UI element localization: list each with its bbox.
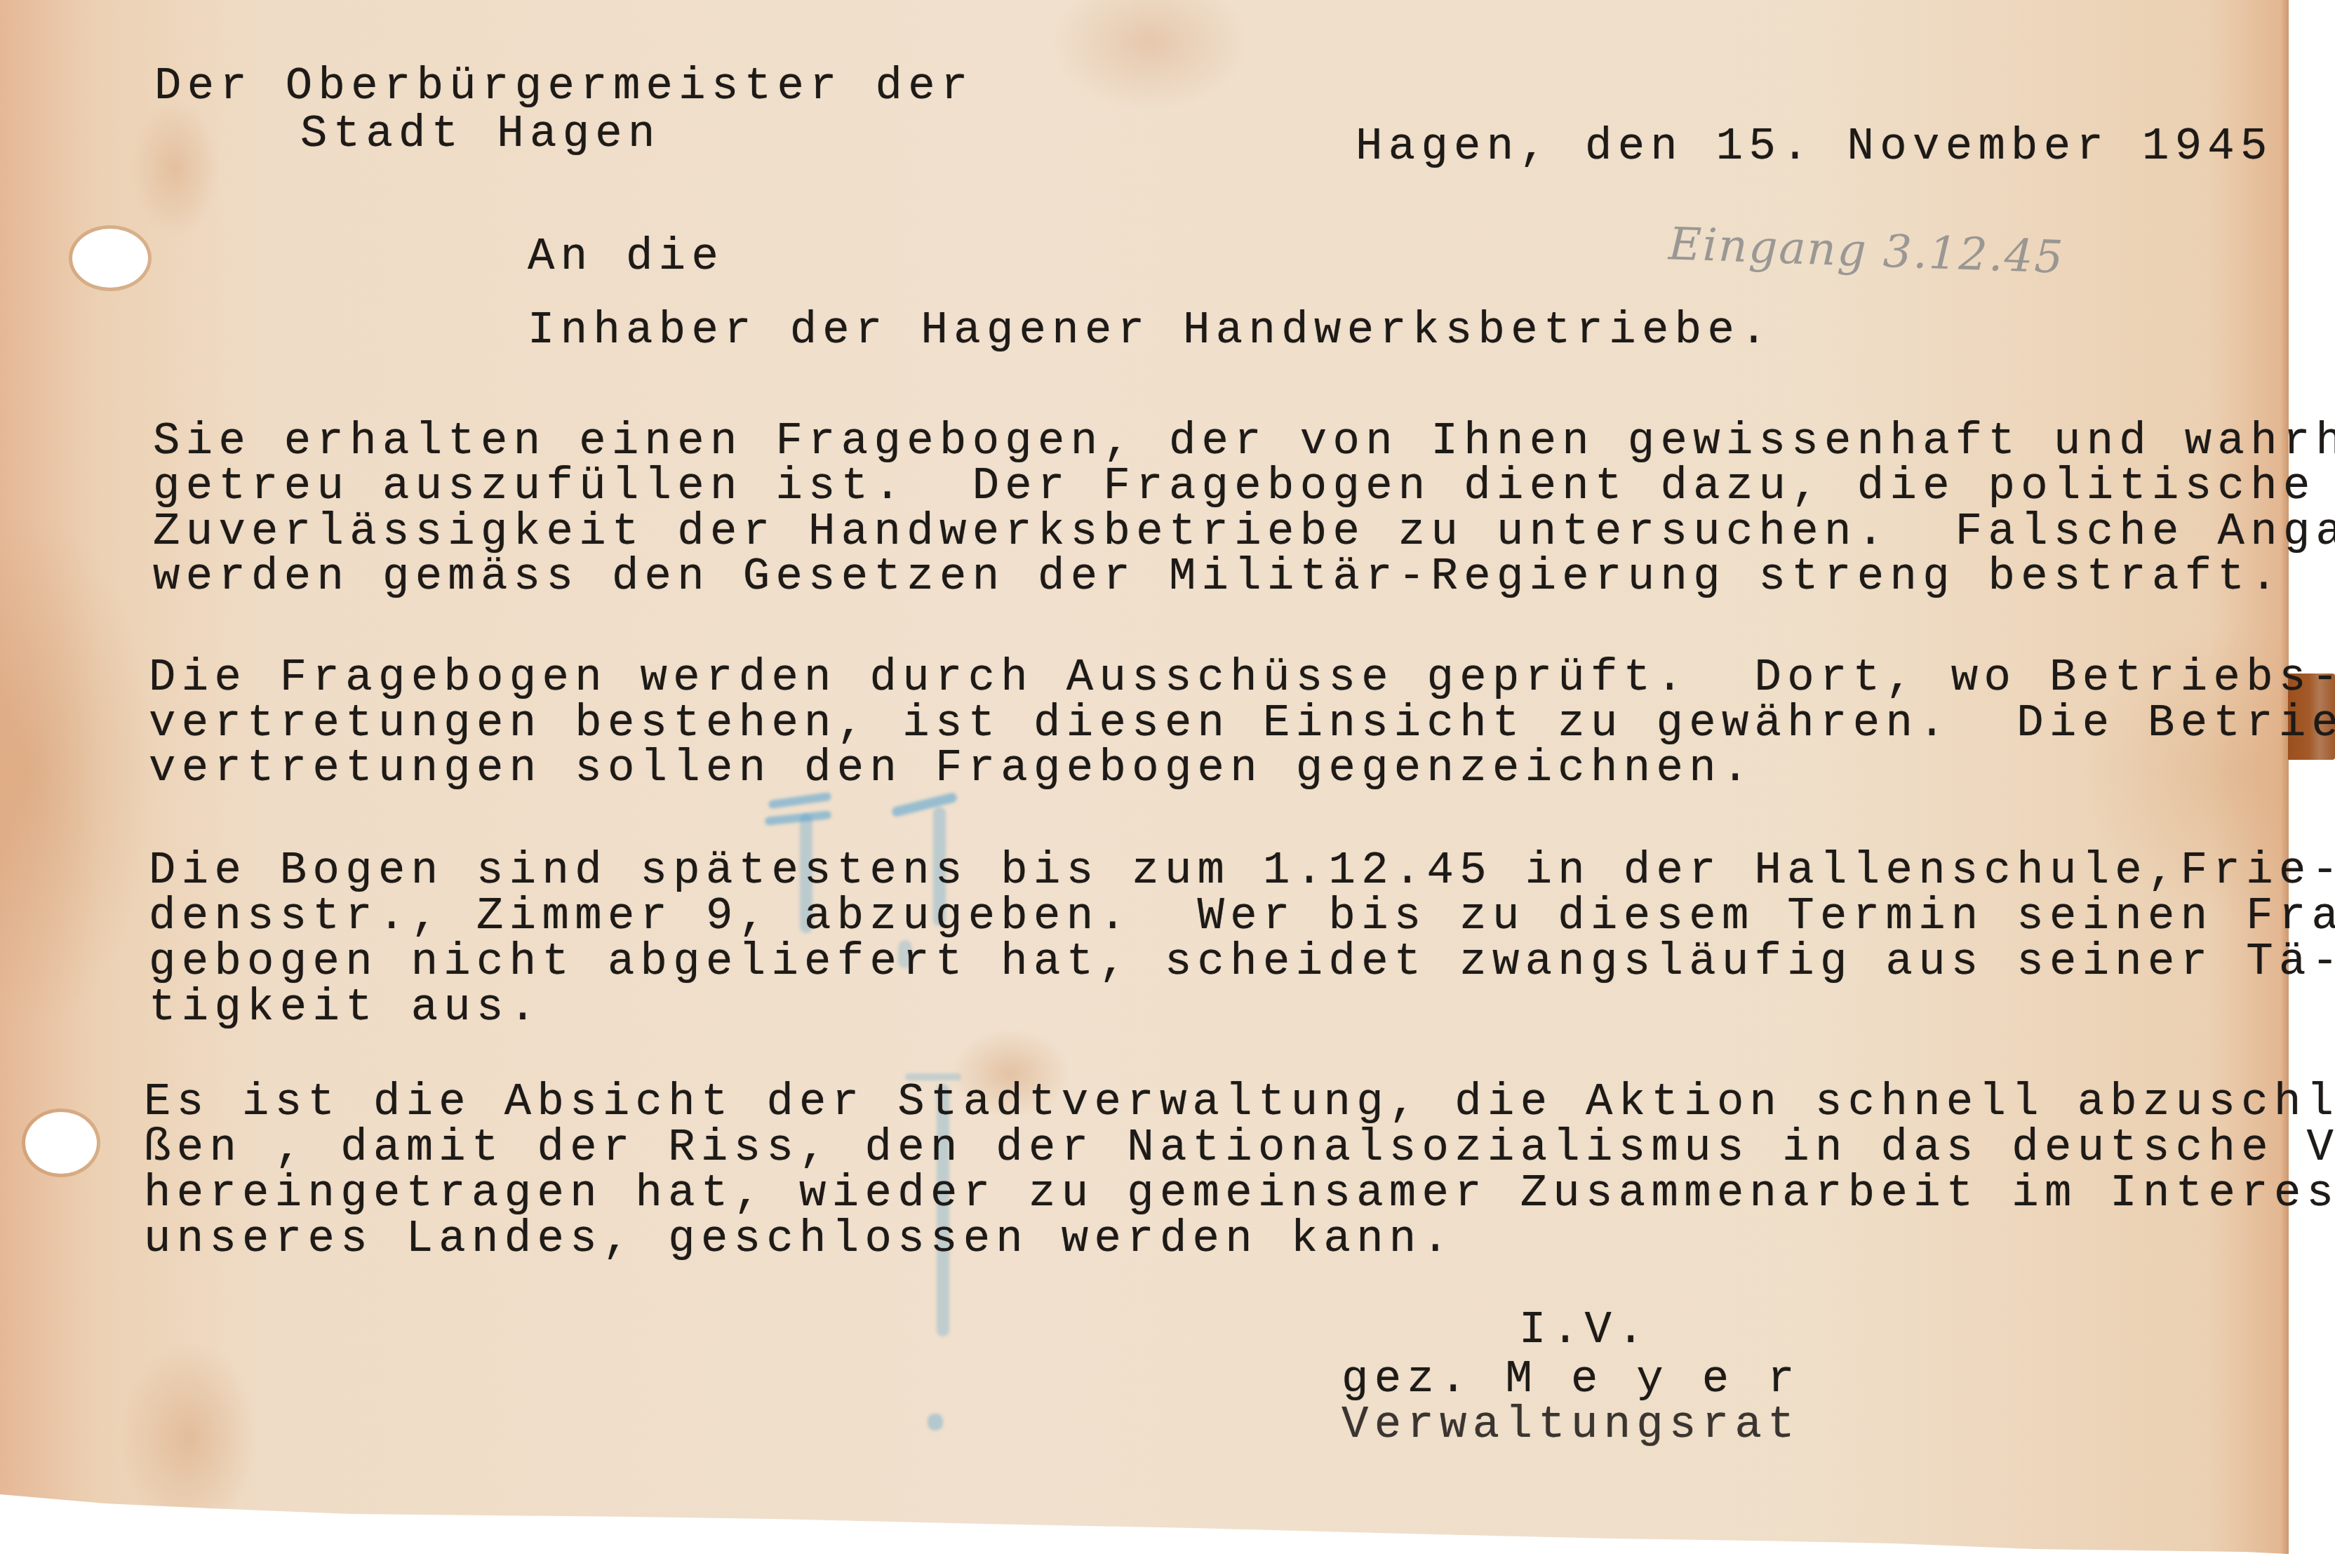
punch-hole-bottom	[25, 1112, 97, 1174]
signature-proxy: I.V.	[1519, 1308, 1650, 1353]
signature-name: gez. M e y e r	[1342, 1358, 1800, 1402]
paragraph-line: werden gemäss den Gesetzen der Militär-R…	[153, 555, 2283, 600]
paragraph-line: unseres Landes, geschlossen werden kann.	[144, 1217, 1454, 1262]
paragraph-line: Die Fragebogen werden durch Ausschüsse g…	[149, 656, 2335, 701]
recipient-salutation: An die	[528, 235, 724, 280]
signature-title: Verwaltungsrat	[1342, 1403, 1800, 1448]
punch-hole-top	[72, 229, 148, 288]
recipient-addressee: Inhaber der Hagener Handwerksbetriebe.	[528, 309, 1773, 354]
sender-line-2: Stadt Hagen	[300, 112, 661, 157]
paragraph-line: densstr., Zimmer 9, abzugeben. Wer bis z…	[149, 894, 2335, 939]
paragraph-line: getreu auszufüllen ist. Der Fragebogen d…	[153, 464, 2316, 509]
paragraph-line: Zuverlässigkeit der Handwerksbetriebe zu…	[153, 510, 2335, 555]
paragraph-line: Die Bogen sind spätestens bis zum 1.12.4…	[149, 849, 2335, 894]
paper-edge-shading	[2280, 0, 2289, 1554]
paragraph-line: gebogen nicht abgeliefert hat, scheidet …	[149, 940, 2335, 985]
blue-crayon-mark	[928, 1414, 943, 1430]
date-line: Hagen, den 15. November 1945	[1356, 125, 2273, 170]
paragraph-line: vertretungen sollen den Fragebogen gegen…	[149, 746, 1755, 791]
paragraph-line: tigkeit aus.	[149, 986, 542, 1031]
paragraph-line: hereingetragen hat, wieder zu gemeinsame…	[144, 1172, 2335, 1217]
paragraph-line: Sie erhalten einen Fragebogen, der von I…	[153, 420, 2335, 464]
paragraph-line: ßen , damit der Riss, den der Nationalso…	[144, 1126, 2335, 1171]
paragraph-line: Es ist die Absicht der Stadtverwaltung, …	[144, 1080, 2335, 1125]
sender-line-1: Der Oberbürgermeister der	[154, 65, 974, 109]
paragraph-line: vertretungen bestehen, ist diesen Einsic…	[149, 702, 2335, 746]
